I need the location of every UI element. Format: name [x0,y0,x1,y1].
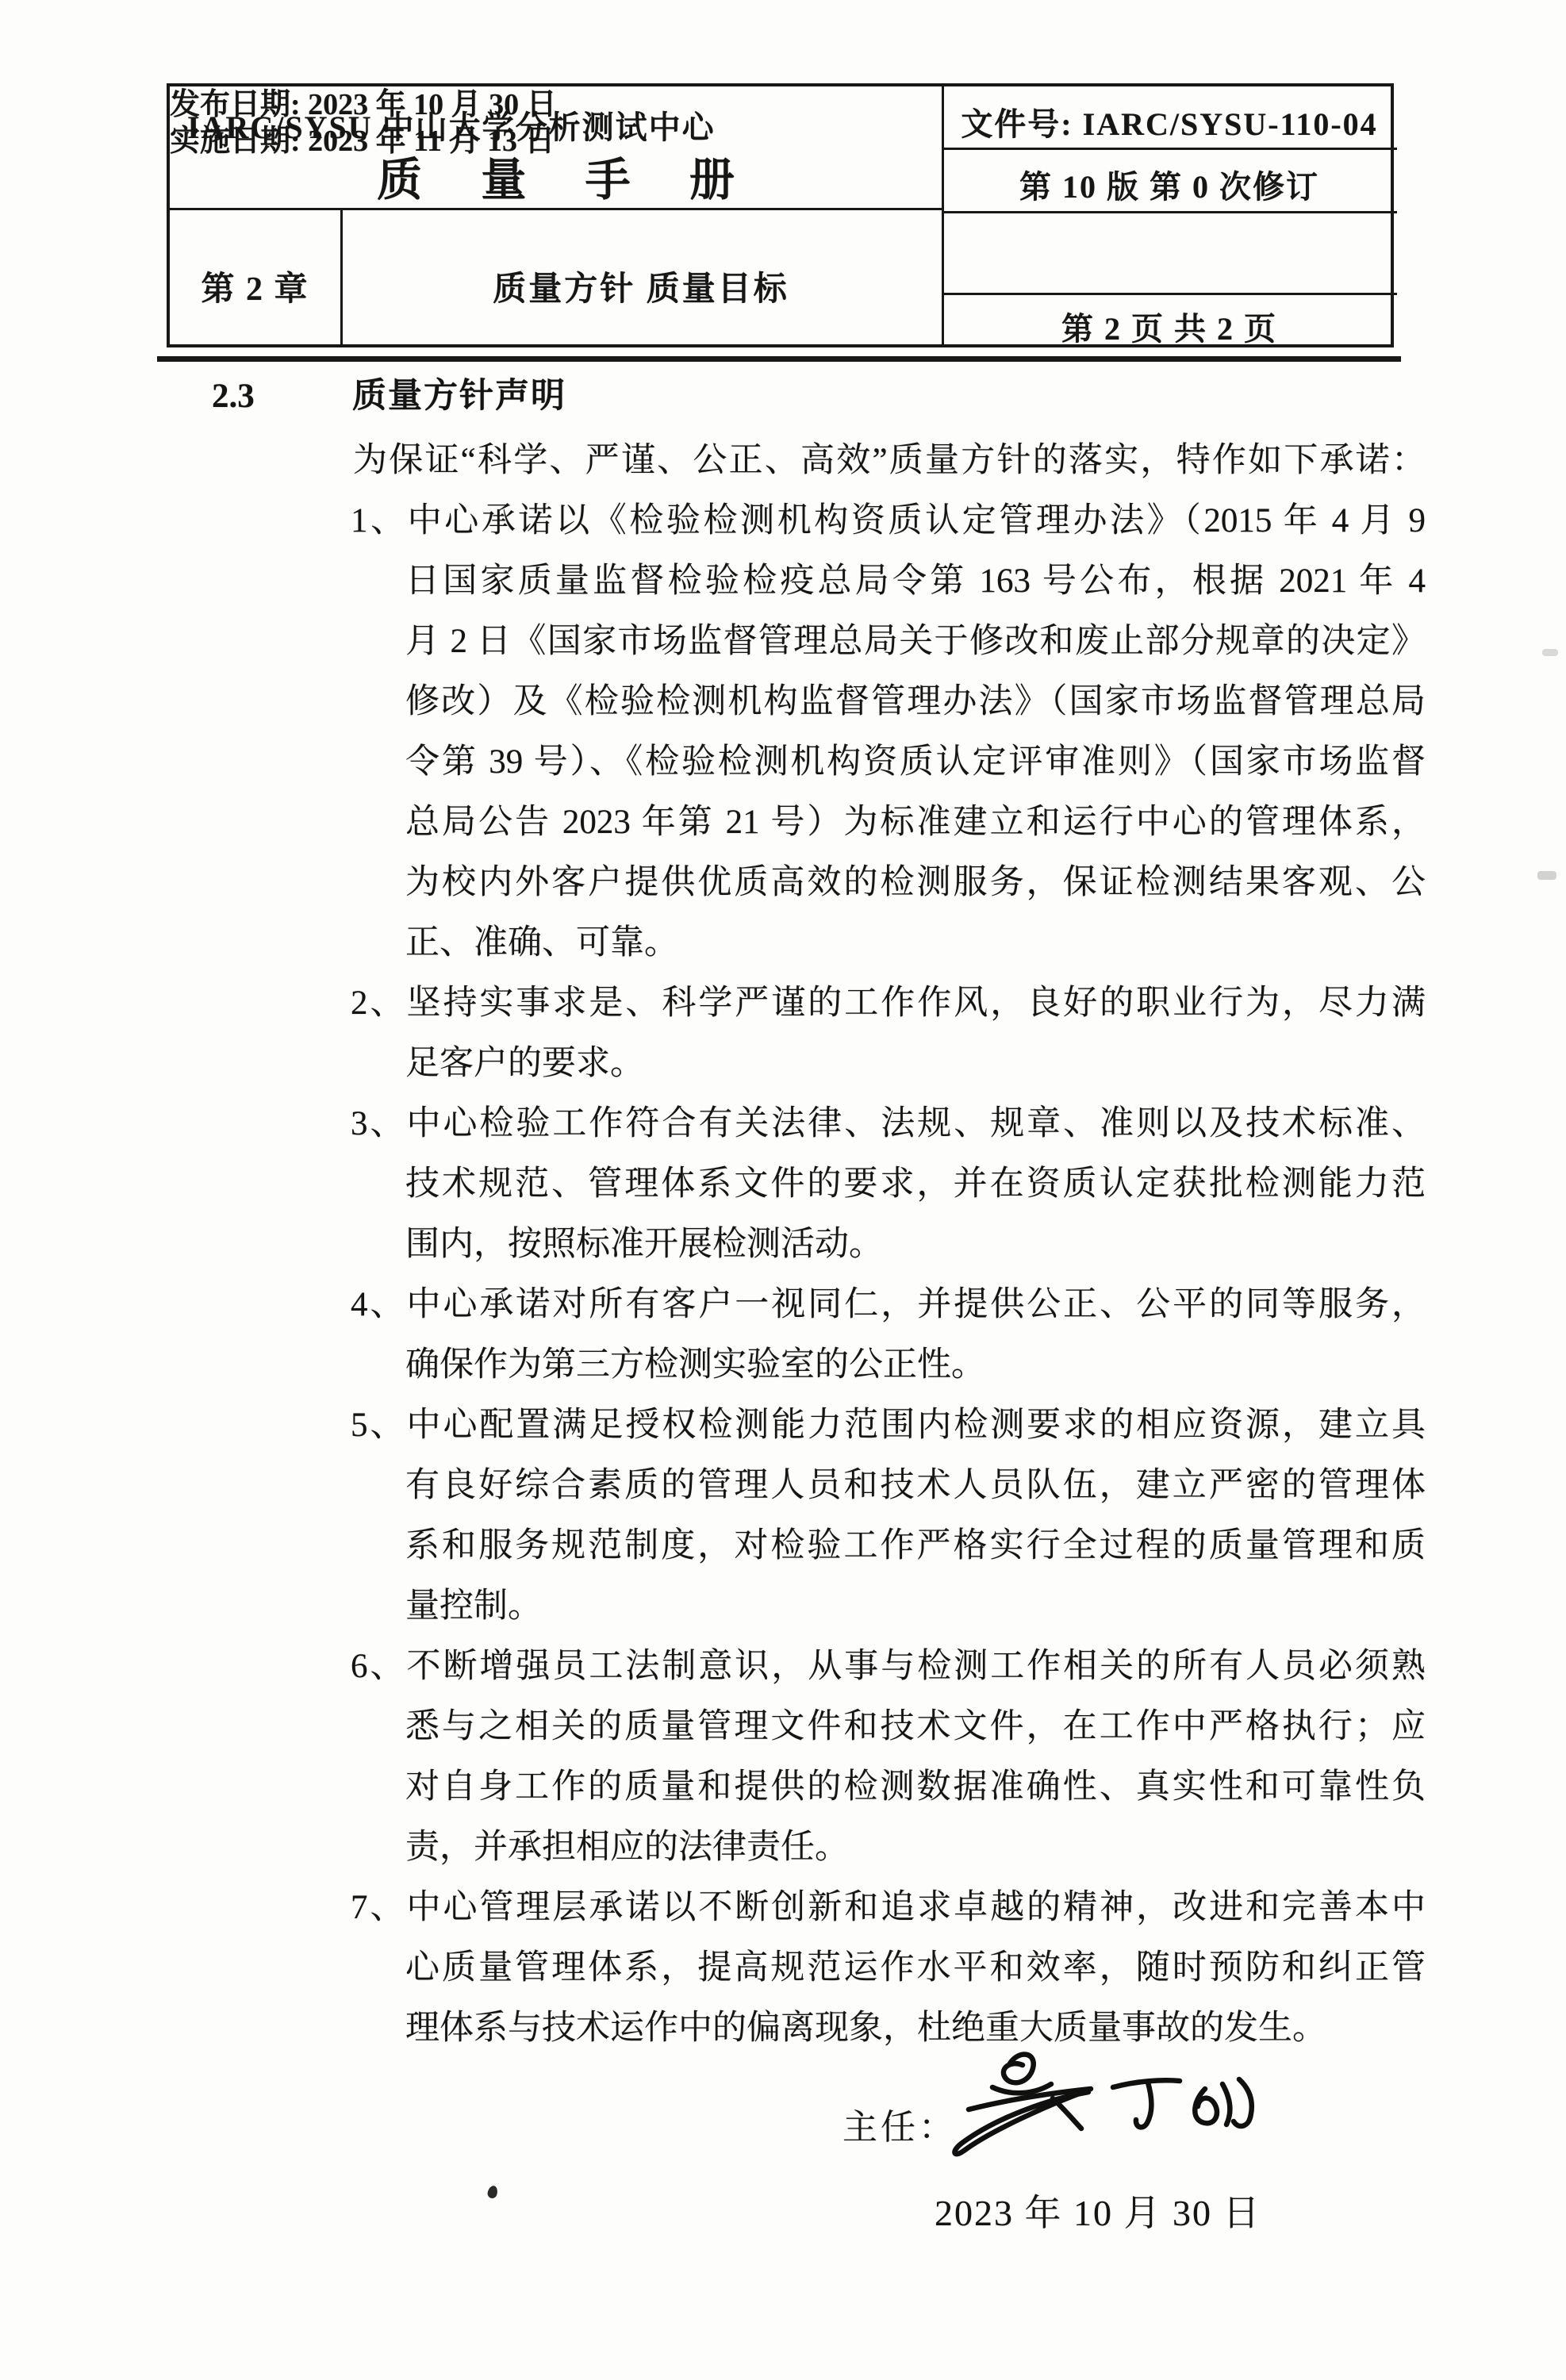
body-line: 正、准确、可靠。 [405,913,1426,973]
chapter-title: 质量方针 质量目标 [340,263,942,310]
manual-title: 质 量 手 册 [170,144,942,209]
body-line: 5、中心配置满足授权检测能力范围内检测要求的相应资源，建立具 [351,1395,1426,1456]
body-line: 总局公告 2023 年第 21 号）为标准建立和运行中心的管理体系， [405,793,1426,853]
body-line: 责，并承担相应的法律责任。 [405,1818,1426,1878]
director-signature: 吴丁财 [940,2043,1265,2182]
table-divider [942,148,1397,150]
body-line: 心质量管理体系，提高规范运作水平和效率，随时预防和纠正管 [405,1938,1426,1998]
signoff-date: 2023 年 10 月 30 日 [935,2183,1261,2244]
body-line: 1、中心承诺以《检验检测机构资质认定管理办法》（2015 年 4 月 9 [351,491,1426,551]
body-line: 6、不断增强员工法制意识，从事与检测工作相关的所有人员必须熟 [351,1637,1426,1697]
document-page: IARC/SYSU 中山大学分析测试中心 质 量 手 册 文件号: IARC/S… [0,0,1566,2380]
document-number: 文件号: IARC/SYSU-110-04 [942,99,1397,144]
body-line: 理体系与技术运作中的偏离现象，杜绝重大质量事故的发生。 [405,1998,1426,2059]
body-line: 有良好综合素质的管理人员和技术人员队伍，建立严密的管理体 [405,1456,1426,1516]
body-line: 令第 39 号）、《检验检测机构资质认定评审准则》（国家市场监督 [405,732,1426,793]
section-title: 质量方针声明 [352,367,566,427]
body-line: 量控制。 [405,1576,1426,1637]
header-rule [157,356,1401,362]
table-divider [942,211,1397,213]
chapter-number: 第 2 章 [170,263,340,310]
body-line: 月 2 日《国家市场监督管理总局关于修改和废止部分规章的决定》 [405,612,1426,672]
intro-line: 为保证“科学、严谨、公正、高效”质量方针的落实，特作如下承诺： [353,431,1426,491]
body-line: 对自身工作的质量和提供的检测数据准确性、真实性和可靠性负 [405,1757,1426,1818]
body-line: 为校内外客户提供优质高效的检测服务，保证检测结果客观、公 [405,853,1426,913]
organization-name: IARC/SYSU 中山大学分析测试中心 [187,102,716,148]
body-line: 日国家质量监督检验检疫总局令第 163 号公布，根据 2021 年 4 [405,551,1426,612]
signature-strokes [940,2043,1265,2182]
body-line: 悉与之相关的质量管理文件和技术文件，在工作中严格执行；应 [405,1697,1426,1757]
body-line: 技术规范、管理体系文件的要求，并在资质认定获批检测能力范 [405,1154,1426,1215]
body-line: 系和服务规范制度，对检验工作严格实行全过程的质量管理和质 [405,1516,1426,1576]
body-line: 足客户的要求。 [405,1034,1426,1094]
body-line: 4、中心承诺对所有客户一视同仁，并提供公正、公平的同等服务， [351,1275,1426,1335]
body-line: 围内，按照标准开展检测活动。 [405,1215,1426,1275]
scan-edge-artifact [1537,871,1556,880]
section-number: 2.3 [212,367,255,427]
table-divider [942,293,1397,295]
body-line: 7、中心管理层承诺以不断创新和追求卓越的精神，改进和完善本中 [351,1878,1426,1938]
body-line: 确保作为第三方检测实验室的公正性。 [405,1335,1426,1395]
body-line: 2、坚持实事求是、科学严谨的工作作风，良好的职业行为，尽力满 [351,973,1426,1034]
ink-dot-artifact [486,2185,499,2199]
body-line: 3、中心检验工作符合有关法律、法规、规章、准则以及技术标准、 [351,1094,1426,1154]
scan-edge-artifact [1542,649,1558,656]
header-table: IARC/SYSU 中山大学分析测试中心 质 量 手 册 文件号: IARC/S… [167,83,1394,347]
body-line: 修改）及《检验检测机构监督管理办法》（国家市场监督管理总局 [405,672,1426,732]
page-info: 第 2 页 共 2 页 [942,304,1397,349]
version-revision: 第 10 版 第 0 次修订 [942,162,1397,207]
